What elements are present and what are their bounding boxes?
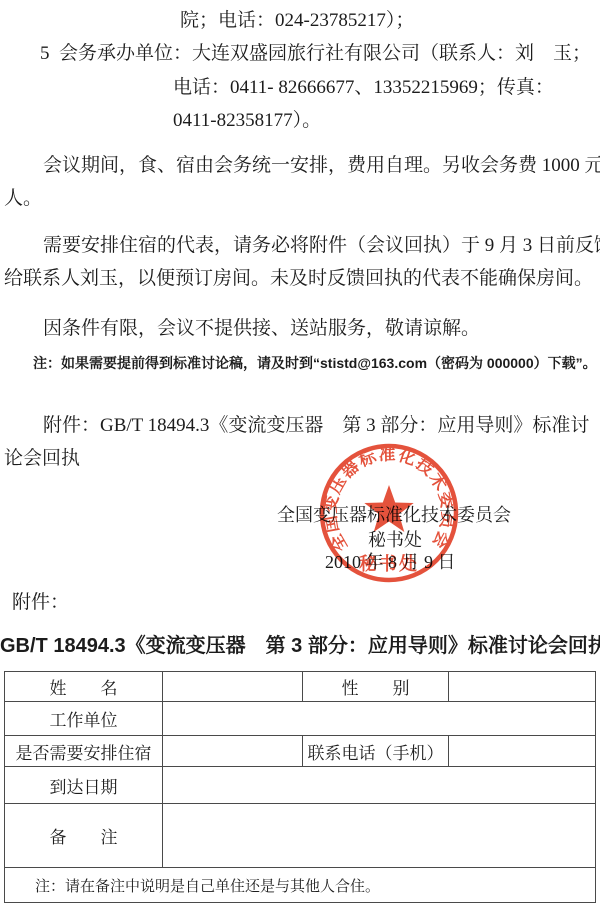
organizer-phone-line: 电话：0411- 82666677、13352215969；传真： bbox=[173, 77, 554, 99]
fees-paragraph-line-2: 人。 bbox=[4, 188, 42, 210]
workunit-value-cell bbox=[163, 702, 596, 736]
phone-value-cell bbox=[449, 736, 596, 767]
reply-form-table: 姓 名 性 别 工作单位 是否需要安排住宿 联系电话（手机） 到达日期 备 注 … bbox=[4, 671, 596, 903]
organizer-line: 5 会务承办单位：大连双盛园旅行社有限公司（联系人：刘 玉； bbox=[40, 43, 591, 65]
phone-label-cell: 联系电话（手机） bbox=[303, 736, 449, 767]
download-note: 注：如果需要提前得到标准讨论稿，请及时到“stistd@163.com（密码为 … bbox=[33, 352, 597, 374]
table-row: 是否需要安排住宿 联系电话（手机） bbox=[5, 736, 596, 767]
name-label-cell: 姓 名 bbox=[5, 672, 163, 702]
remarks-label-cell: 备 注 bbox=[5, 804, 163, 868]
table-row: 备 注 bbox=[5, 804, 596, 868]
remarks-value-cell bbox=[163, 804, 596, 868]
gender-value-cell bbox=[449, 672, 596, 702]
workunit-label-cell: 工作单位 bbox=[5, 702, 163, 736]
signature-date: 2010 年 8 月 9 日 bbox=[325, 551, 456, 573]
table-note-cell: 注：请在备注中说明是自己单住还是与其他人合住。 bbox=[5, 868, 596, 903]
table-row: 姓 名 性 别 bbox=[5, 672, 596, 702]
gender-label-cell: 性 别 bbox=[303, 672, 449, 702]
table-note-row: 注：请在备注中说明是自己单住还是与其他人合住。 bbox=[5, 868, 596, 903]
reply-form-title: GB/T 18494.3《变流变压器 第 3 部分：应用导则》标准讨论会回执 bbox=[0, 629, 600, 658]
lodging-paragraph-line-2: 给联系人刘玉，以便预订房间。未及时反馈回执的代表不能确保房间。 bbox=[4, 268, 593, 290]
contact-phone-line: 院；电话：024-23785217）； bbox=[180, 10, 414, 32]
attachment-reference-line-2: 论会回执 bbox=[4, 448, 80, 470]
attachment-reference-line-1: 附件：GB/T 18494.3《变流变压器 第 3 部分：应用导则》标准讨 bbox=[43, 415, 589, 437]
organizer-fax-line: 0411-82358177）。 bbox=[173, 110, 321, 132]
fees-paragraph-line-1: 会议期间，食、宿由会务统一安排，费用自理。另收会务费 1000 元/ bbox=[43, 155, 600, 177]
arrival-date-label-cell: 到达日期 bbox=[5, 767, 163, 804]
table-row: 工作单位 bbox=[5, 702, 596, 736]
shuttle-paragraph-line: 因条件有限，会议不提供接、送站服务，敬请谅解。 bbox=[43, 318, 480, 340]
lodging-paragraph-line-1: 需要安排住宿的代表，请务必将附件（会议回执）于 9 月 3 日前反馈 bbox=[43, 235, 600, 257]
attachment-label: 附件： bbox=[12, 592, 69, 614]
arrival-date-value-cell bbox=[163, 767, 596, 804]
lodging-needed-label-cell: 是否需要安排住宿 bbox=[5, 736, 163, 767]
lodging-needed-value-cell bbox=[163, 736, 303, 767]
name-value-cell bbox=[163, 672, 303, 702]
scanned-notice-page: 院；电话：024-23785217）； 5 会务承办单位：大连双盛园旅行社有限公… bbox=[0, 0, 600, 911]
secretariat-name: 秘书处 bbox=[368, 529, 422, 551]
committee-name: 全国变压器标准化技术委员会 bbox=[277, 504, 511, 526]
table-row: 到达日期 bbox=[5, 767, 596, 804]
